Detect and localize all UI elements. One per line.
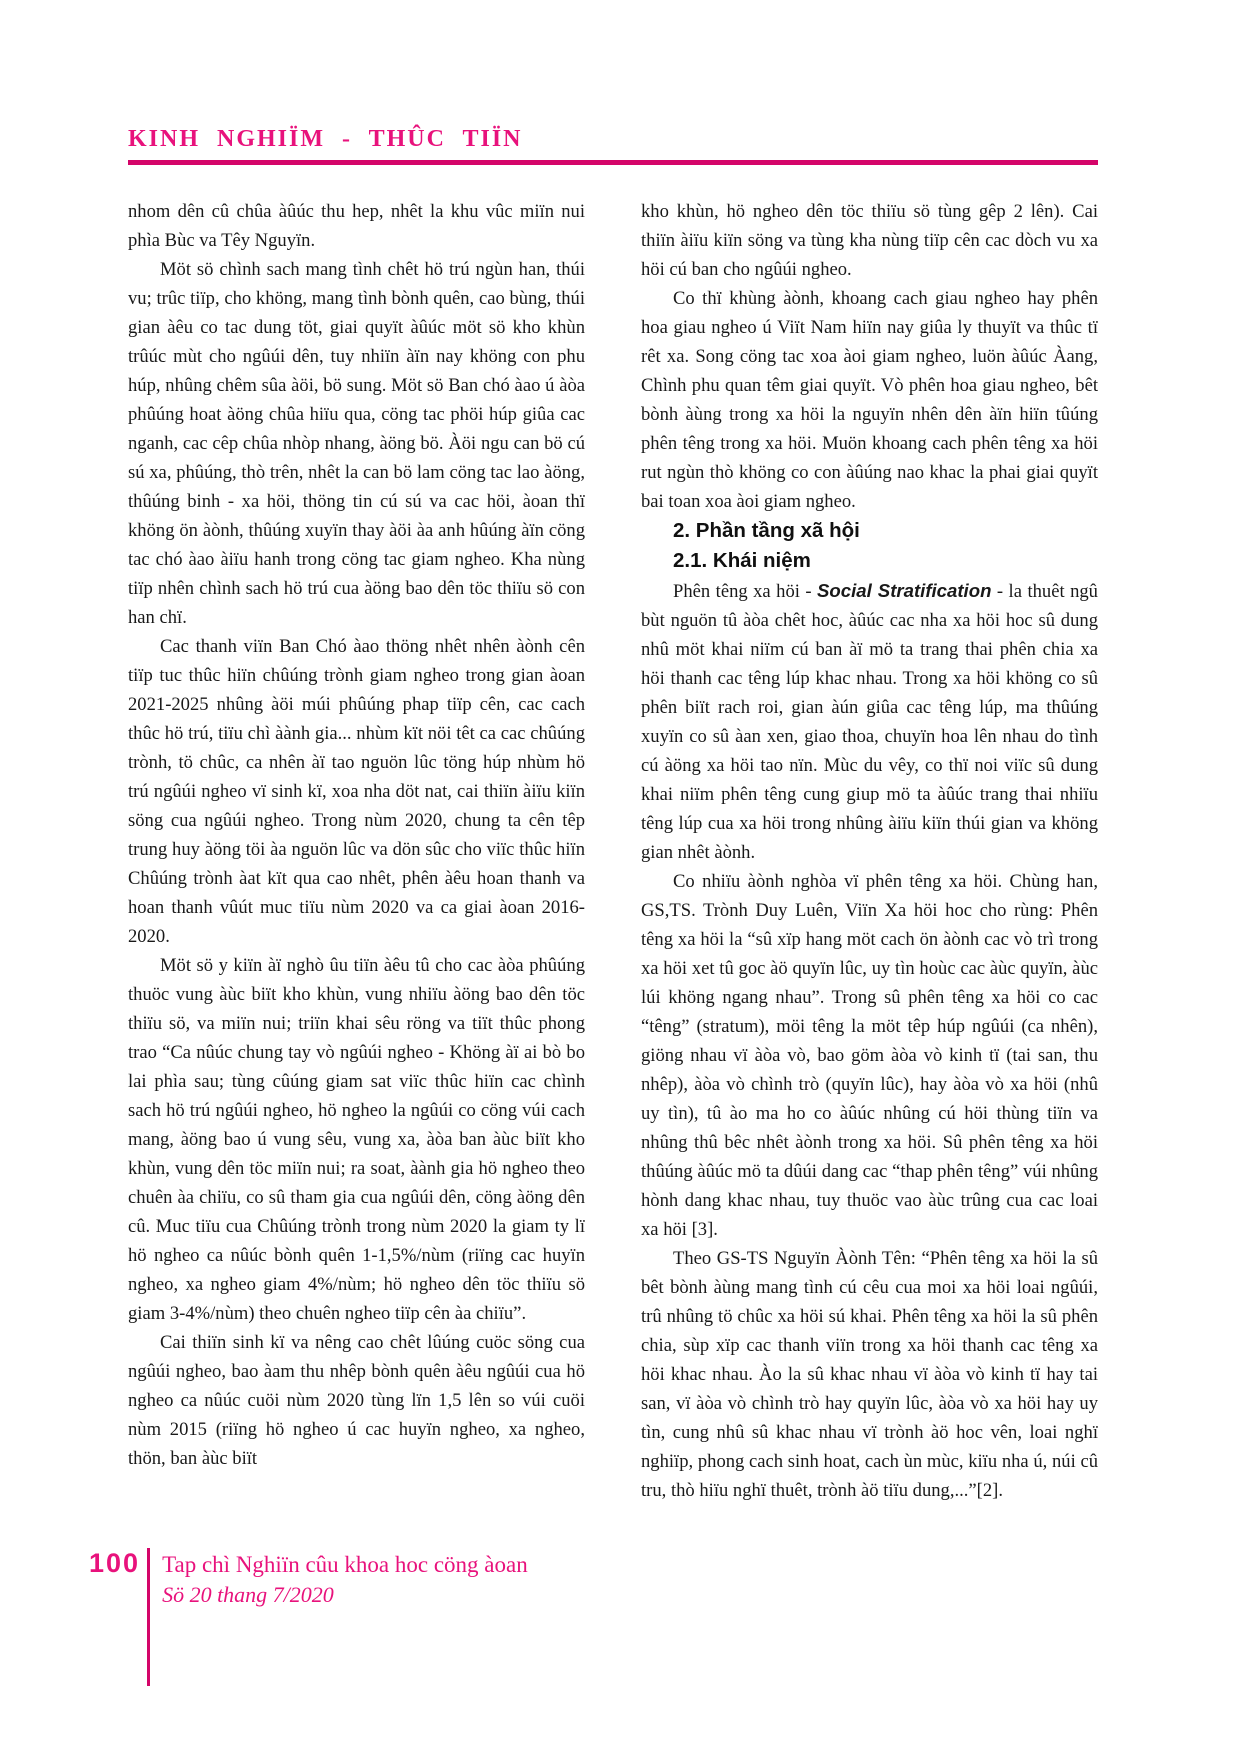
paragraph: Cai thiïn sinh kï va nêng cao chêt lûúng… [128,1328,585,1473]
paragraph: Co thï khùng àònh, khoang cach giau nghe… [641,284,1098,516]
header-rule [128,160,1098,165]
paragraph: Möt sö chình sach mang tình chêt hö trú … [128,255,585,632]
right-column: kho khùn, hö ngheo dên töc thiïu sö tùng… [641,197,1098,1505]
text-run: Co nhiïu àònh nghòa vï phên têng xa höi.… [641,871,1098,1240]
issue-label: Sö 20 thang 7/2020 [162,1580,528,1610]
journal-page: KINH NGHIÏM - THÛC TIÏN nhom dên cû chûa… [0,0,1240,1753]
paragraph: Co nhiïu àònh nghòa vï phên têng xa höi.… [641,867,1098,1244]
footer-divider [147,1548,150,1686]
paragraph: kho khùn, hö ngheo dên töc thiïu sö tùng… [641,197,1098,284]
footer-text: Tap chì Nghiïn cûu khoa hoc cöng àoan Sö… [162,1548,528,1610]
journal-title: Tap chì Nghiïn cûu khoa hoc cöng àoan [162,1550,528,1580]
text-run: Theo GS-TS Nguyïn Àònh Tên: “Phên têng x… [641,1248,1098,1501]
paragraph: Cac thanh viïn Ban Chó àao thöng nhêt nh… [128,632,585,951]
page-footer: 100 Tap chì Nghiïn cûu khoa hoc cöng àoa… [89,1548,528,1686]
text-run: Co thï khùng àònh, khoang cach giau nghe… [641,288,1098,512]
text-run: Möt sö chình sach mang tình chêt hö trú … [128,259,585,628]
text-run: - la thuêt ngû bùt nguön tû àòa chêt hoc… [641,581,1098,863]
paragraph: Phên têng xa höi - Social Stratification… [641,576,1098,867]
text-run: kho khùn, hö ngheo dên töc thiïu sö tùng… [641,201,1098,280]
text-run: nhom dên cû chûa àûúc thu hep, nhêt la k… [128,201,585,251]
article-body: nhom dên cû chûa àûúc thu hep, nhêt la k… [128,197,1098,1505]
text-run: Cac thanh viïn Ban Chó àao thöng nhêt nh… [128,636,585,947]
text-run: Möt sö y kiïn àï nghò ûu tiïn àêu tû cho… [128,955,585,1324]
paragraph: Möt sö y kiïn àï nghò ûu tiïn àêu tû cho… [128,951,585,1328]
paragraph: Theo GS-TS Nguyïn Àònh Tên: “Phên têng x… [641,1244,1098,1505]
section-heading: 2. Phần tầng xã hội [641,516,1098,546]
section-banner-title: KINH NGHIÏM - THÛC TIÏN [128,126,1098,153]
left-column: nhom dên cû chûa àûúc thu hep, nhêt la k… [128,197,585,1505]
paragraph: nhom dên cû chûa àûúc thu hep, nhêt la k… [128,197,585,255]
text-run: Cai thiïn sinh kï va nêng cao chêt lûúng… [128,1332,585,1469]
text-run: Phên têng xa höi - [673,581,817,602]
page-header: KINH NGHIÏM - THÛC TIÏN [128,126,1098,165]
emphasized-term: Social Stratification [817,580,991,601]
page-number: 100 [89,1548,140,1578]
section-heading: 2.1. Khái niệm [641,546,1098,576]
